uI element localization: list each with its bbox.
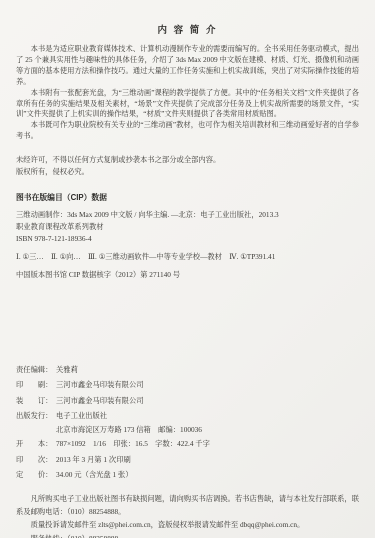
publication-row-value: 关雅莉 xyxy=(56,362,359,377)
cip-record-line: ISBN 978-7-121-18936-4 xyxy=(16,233,359,245)
publication-row-impression: 印 次： 2013 年 3 月第 1 次印刷 xyxy=(16,452,359,467)
publication-row-label: 责任编辑： xyxy=(16,362,56,377)
publication-row-label: 印 次： xyxy=(16,452,56,467)
publication-row-value: 787×1092 1/16 印张：16.5 字数：422.4 千字 xyxy=(56,436,359,451)
cip-record: 三维动画制作：3ds Max 2009 中文版 / 向华主编. —北京：电子工业… xyxy=(16,209,359,245)
content-summary-paragraph: 本书附有一张配套光盘，为“三维动画”课程的教学提供了方便。其中的“任务相关文档”… xyxy=(16,88,359,121)
publication-row-label xyxy=(16,423,56,437)
publication-info-section: 责任编辑： 关雅莉 印 刷： 三河市鑫金马印装有限公司 装 订： 三河市鑫金马印… xyxy=(16,362,359,482)
publication-row-publisher: 出版发行： 电子工业出版社 xyxy=(16,408,359,423)
publication-row-label: 装 订： xyxy=(16,393,56,408)
copyright-notice-line: 未经许可，不得以任何方式复制或抄袭本书之部分或全部内容。 xyxy=(16,154,359,166)
book-copyright-page: 内 容 简 介 本书是为适应职业教育媒体技术、计算机动漫制作专业的需要而编写的。… xyxy=(0,0,375,538)
cip-record-line: 职业教育课程改革系列教材 xyxy=(16,221,359,233)
publication-row-price: 定 价： 34.00 元（含光盘 1 张） xyxy=(16,467,359,482)
publication-row-binder: 装 订： 三河市鑫金马印装有限公司 xyxy=(16,393,359,408)
publication-row-editor: 责任编辑： 关雅莉 xyxy=(16,362,359,377)
publication-row-label: 出版发行： xyxy=(16,408,56,423)
cip-heading: 图书在版编目（CIP）数据 xyxy=(16,192,359,203)
contact-paragraph: 凡所购买电子工业出版社图书有缺损问题，请向购买书店调换。若书店售缺，请与本社发行… xyxy=(16,492,359,518)
publication-row-printer: 印 刷： 三河市鑫金马印装有限公司 xyxy=(16,377,359,392)
publication-row-address: 北京市海淀区万寿路 173 信箱 邮编：100036 xyxy=(16,423,359,437)
cip-classification: Ⅰ. ①三… Ⅱ. ①向… Ⅲ. ①三维动画软件—中等专业学校—教材 Ⅳ. ①T… xyxy=(16,251,359,263)
copyright-notice: 未经许可，不得以任何方式复制或抄袭本书之部分或全部内容。 版权所有，侵权必究。 xyxy=(16,154,359,177)
publication-row-label: 开 本： xyxy=(16,436,56,451)
content-summary-section: 内 容 简 介 本书是为适应职业教育媒体技术、计算机动漫制作专业的需要而编写的。… xyxy=(16,22,359,142)
publication-row-label: 印 刷： xyxy=(16,377,56,392)
content-summary-paragraph: 本书既可作为职业院校有关专业的“三维动画”教材，也可作为相关培训教材和三维动画爱… xyxy=(16,120,359,142)
copyright-notice-line: 版权所有，侵权必究。 xyxy=(16,166,359,178)
cip-data-section: 图书在版编目（CIP）数据 三维动画制作：3ds Max 2009 中文版 / … xyxy=(16,192,359,280)
publication-row-value: 2013 年 3 月第 1 次印刷 xyxy=(56,452,359,467)
content-summary-paragraph: 本书是为适应职业教育媒体技术、计算机动漫制作专业的需要而编写的。全书采用任务驱动… xyxy=(16,44,359,88)
publication-row-value: 北京市海淀区万寿路 173 信箱 邮编：100036 xyxy=(56,423,359,437)
cip-registry-number: 中国版本图书馆 CIP 数据核字（2012）第 271140 号 xyxy=(16,270,359,280)
publication-row-value: 34.00 元（含光盘 1 张） xyxy=(56,467,359,482)
contact-paragraph: 服务热线：（010）88258888。 xyxy=(16,532,359,538)
publication-row-value: 三河市鑫金马印装有限公司 xyxy=(56,393,359,408)
publication-row-value: 三河市鑫金马印装有限公司 xyxy=(56,377,359,392)
publication-row-label: 定 价： xyxy=(16,467,56,482)
publication-row-value: 电子工业出版社 xyxy=(56,408,359,423)
contact-info-section: 凡所购买电子工业出版社图书有缺损问题，请向购买书店调换。若书店售缺，请与本社发行… xyxy=(16,492,359,538)
contact-paragraph: 质量投诉请发邮件至 zlts@phei.com.cn，盗版侵权举报请发邮件至 d… xyxy=(16,518,359,531)
content-summary-title: 内 容 简 介 xyxy=(16,22,359,36)
cip-record-line: 三维动画制作：3ds Max 2009 中文版 / 向华主编. —北京：电子工业… xyxy=(16,209,359,221)
publication-row-format: 开 本： 787×1092 1/16 印张：16.5 字数：422.4 千字 xyxy=(16,436,359,451)
